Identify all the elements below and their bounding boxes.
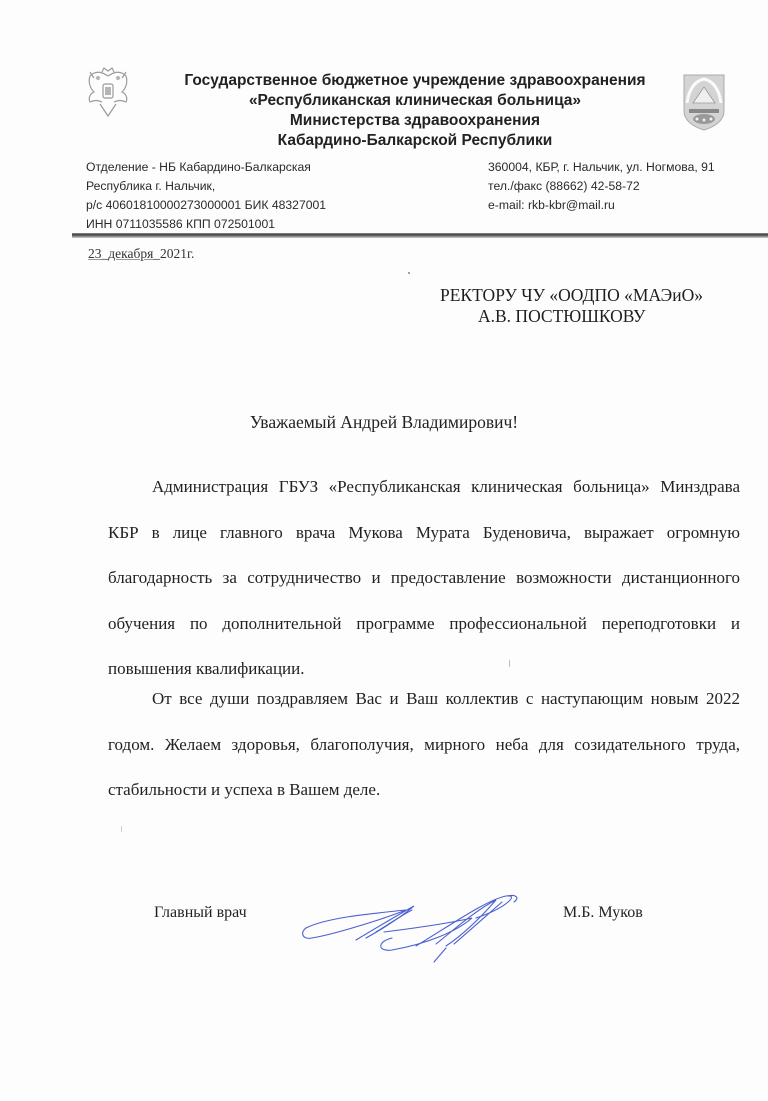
scan-speck	[509, 660, 510, 667]
salutation: Уважаемый Андрей Владимирович!	[0, 412, 768, 433]
letterhead-divider	[72, 233, 768, 238]
org-title-line-1: Государственное бюджетное учреждение здр…	[150, 71, 680, 91]
requisite-line: Отделение - НБ Кабардино-Балкарская	[86, 158, 326, 177]
body-paragraph-2: От все души поздравляем Вас и Ваш коллек…	[108, 676, 740, 813]
bank-requisites: Отделение - НБ Кабардино-Балкарская Респ…	[86, 158, 326, 234]
requisite-line: ИНН 0711035586 КПП 072501001	[86, 215, 326, 234]
addressee-line-1: РЕКТОРУ ЧУ «ООДПО «МАЭиО»	[440, 285, 703, 306]
addressee-line-2: А.В. ПОСТЮШКОВУ	[440, 306, 703, 327]
org-title-line-4: Кабардино-Балкарской Республики	[150, 131, 680, 151]
handwritten-signature-icon	[296, 888, 526, 968]
address-line: 360004, КБР, г. Нальчик, ул. Ногмова, 91	[488, 158, 715, 177]
addressee-block: РЕКТОРУ ЧУ «ООДПО «МАЭиО» А.В. ПОСТЮШКОВ…	[440, 285, 703, 327]
date-day: 23	[88, 246, 102, 261]
date-month: декабря	[108, 246, 153, 261]
paragraph-text: От все души поздравляем Вас и Ваш коллек…	[108, 689, 740, 799]
email-line: e-mail: rkb-kbr@mail.ru	[488, 196, 715, 215]
signatory-position: Главный врач	[154, 904, 247, 922]
russian-coat-of-arms-icon	[84, 66, 132, 120]
letter-date: 23_декабря_2021г.	[88, 246, 194, 262]
paragraph-text: Администрация ГБУЗ «Республиканская клин…	[108, 477, 740, 678]
body-paragraph-1: Администрация ГБУЗ «Республиканская клин…	[108, 464, 740, 692]
date-year: 2021г.	[160, 246, 194, 261]
contact-info: 360004, КБР, г. Нальчик, ул. Ногмова, 91…	[488, 158, 715, 215]
org-title-line-3: Министерства здравоохранения	[150, 111, 680, 131]
scan-speck	[408, 272, 410, 274]
signatory-name: М.Б. Муков	[563, 904, 643, 922]
requisite-line: р/с 40601810000273000001 БИК 48327001	[86, 196, 326, 215]
organization-title: Государственное бюджетное учреждение здр…	[150, 71, 680, 151]
org-title-line-2: «Республиканская клиническая больница»	[150, 91, 680, 111]
requisite-line: Республика г. Нальчик,	[86, 177, 326, 196]
scan-speck	[121, 826, 122, 832]
kbr-coat-of-arms-icon	[681, 73, 727, 131]
phone-line: тел./факс (88662) 42-58-72	[488, 177, 715, 196]
signature-block: Главный врач М.Б. Муков	[0, 898, 768, 958]
